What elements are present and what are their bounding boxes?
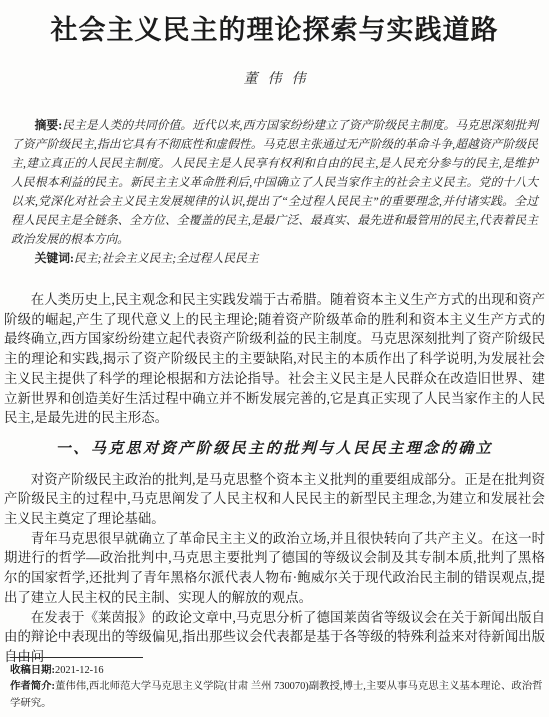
author-bio-label: 作者简介: <box>10 681 55 692</box>
abstract-label: 摘要: <box>35 118 63 132</box>
author-bio-line: 作者简介:董伟伟,西北师范大学马克思主义学院(甘肃 兰州 730070)副教授,… <box>10 679 544 712</box>
footnote-divider <box>10 657 143 658</box>
received-date-label: 收稿日期: <box>10 665 55 676</box>
abstract-text: 民主是人类的共同价值。近代以来,西方国家纷纷建立了资产阶级民主制度。马克思深刻批… <box>11 118 538 246</box>
article-title: 社会主义民主的理论探索与实践道路 <box>10 13 539 47</box>
keywords-text: 民主;社会主义民主;全过程人民民主 <box>74 251 259 265</box>
journal-paper-page: 社会主义民主的理论探索与实践道路 董伟伟 摘要:民主是人类的共同价值。近代以来,… <box>0 0 549 717</box>
received-date-value: 2021-12-16 <box>55 665 103 676</box>
author-bio-text: 董伟伟,西北师范大学马克思主义学院(甘肃 兰州 730070)副教授,博士,主要… <box>10 681 543 709</box>
article-body: 在人类历史上,民主观念和民主实践发端于古希腊。随着资本主义生产方式的出现和资产阶… <box>4 290 545 667</box>
keywords-line: 关键词:民主;社会主义民主;全过程人民民主 <box>11 249 538 268</box>
footnote-block: 收稿日期:2021-12-16 作者简介:董伟伟,西北师范大学马克思主义学院(甘… <box>10 657 544 713</box>
body-paragraph-3: 青年马克思很早就确立了革命民主主义的政治立场,并且很快转向了共产主义。在这一时期… <box>4 529 545 608</box>
abstract-paragraph: 摘要:民主是人类的共同价值。近代以来,西方国家纷纷建立了资产阶级民主制度。马克思… <box>11 116 538 249</box>
received-date-line: 收稿日期:2021-12-16 <box>10 663 544 680</box>
body-paragraph-2: 对资产阶级民主政治的批判,是马克思整个资本主义批判的重要组成部分。正是在批判资产… <box>4 470 545 529</box>
abstract-block: 摘要:民主是人类的共同价值。近代以来,西方国家纷纷建立了资产阶级民主制度。马克思… <box>11 116 538 268</box>
section-heading-1: 一、马克思对资产阶级民主的批判与人民民主理念的确立 <box>4 440 545 460</box>
body-paragraph-1: 在人类历史上,民主观念和民主实践发端于古希腊。随着资本主义生产方式的出现和资产阶… <box>4 290 545 428</box>
author-name: 董伟伟 <box>0 68 549 88</box>
keywords-label: 关键词: <box>35 251 74 265</box>
